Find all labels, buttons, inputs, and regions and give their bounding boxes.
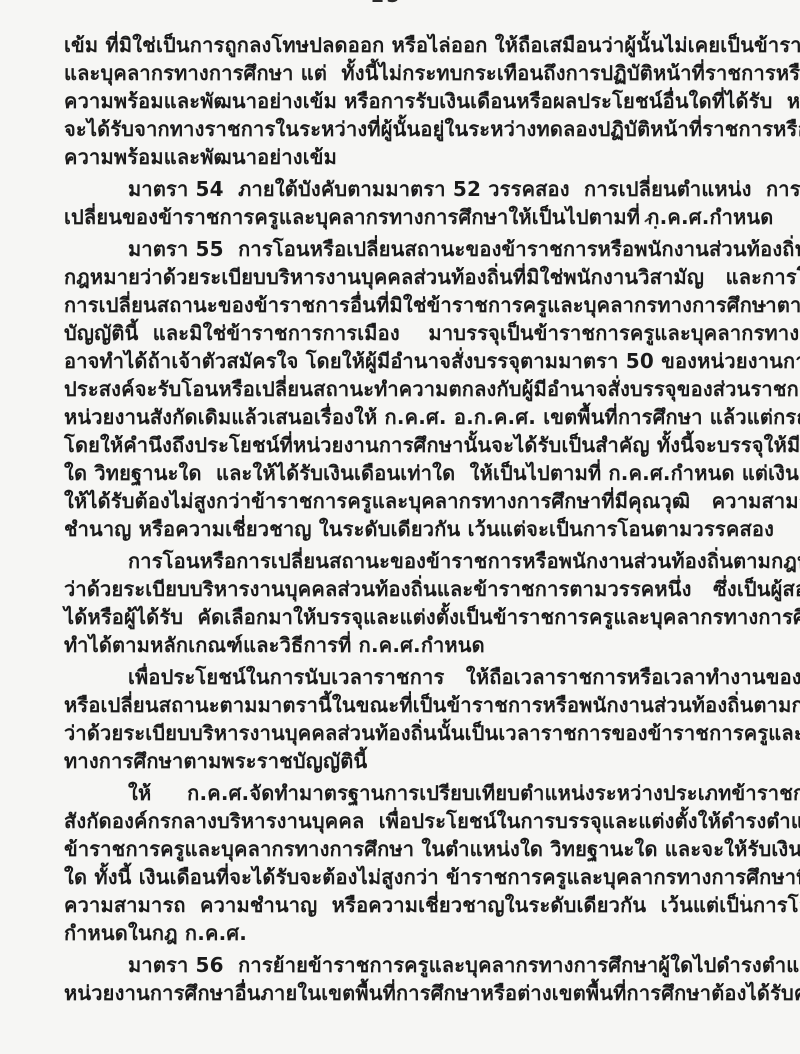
text-line: ความพร้อมและพัฒนาอย่างเข้ม: [64, 143, 764, 171]
text-line: การโอนหรือการเปลี่ยนสถานะของข้าราชการหรื…: [64, 547, 764, 575]
text-line: การเปลี่ยนสถานะของข้าราชการอื่นที่มิใช่ข…: [64, 291, 764, 319]
text-line: ให้ได้รับต้องไม่สูงกว่าข้าราชการครูและบุ…: [64, 487, 764, 515]
text-line: ให้ ก.ค.ศ.จัดทำมาตรฐานการเปรียบเทียบตำแห…: [64, 779, 764, 807]
text-line: หน่วยงานสังกัดเดิมแล้วเสนอเรื่องให้ ก.ค.…: [64, 403, 764, 431]
text-line: ทำได้ตามหลักเกณฑ์และวิธีการที่ ก.ค.ศ.กำห…: [64, 631, 764, 659]
scan-speck: [654, 226, 657, 229]
text-line: สังกัดองค์กรกลางบริหารงานบุคคล เพื่อประโ…: [64, 807, 764, 835]
text-line: กำหนดในกฎ ก.ค.ศ.: [64, 919, 764, 947]
text-line: และบุคลากรทางการศึกษา แต่ ทั้งนี้ไม่กระท…: [64, 59, 764, 87]
text-line: มาตรา 55 การโอนหรือเปลี่ยนสถานะของข้าราช…: [64, 235, 764, 263]
text-line: ใด ทั้งนี้ เงินเดือนที่จะได้รับจะต้องไม่…: [64, 863, 764, 891]
text-line: ว่าด้วยระเบียบบริหารงานบุคคลส่วนท้องถิ่น…: [64, 575, 764, 603]
scan-speck: [743, 894, 745, 897]
text-line: ความพร้อมและพัฒนาอย่างเข้ม หรือการรับเงิ…: [64, 87, 764, 115]
text-line: ชำนาญ หรือความเชี่ยวชาญ ในระดับเดียวกัน …: [64, 515, 764, 543]
scanned-document-page: 25 เข้ม ที่มิใช่เป็นการถูกลงโทษปลดออก หร…: [0, 0, 800, 1054]
text-line: ความสามารถ ความชำนาญ หรือความเชี่ยวชาญใน…: [64, 891, 764, 919]
text-line: กฎหมายว่าด้วยระเบียบบริหารงานบุคคลส่วนท้…: [64, 263, 764, 291]
body-text: เข้ม ที่มิใช่เป็นการถูกลงโทษปลดออก หรือไ…: [64, 31, 764, 1007]
text-line: ข้าราชการครูและบุคลากรทางการศึกษา ในตำแห…: [64, 835, 764, 863]
text-line: ใด วิทยฐานะใด และให้ได้รับเงินเดือนเท่าใ…: [64, 459, 764, 487]
text-line: เข้ม ที่มิใช่เป็นการถูกลงโทษปลดออก หรือไ…: [64, 31, 764, 59]
text-line: ได้หรือผู้ได้รับ คัดเลือกมาให้บรรจุและแต…: [64, 603, 764, 631]
text-line: หน่วยงานการศึกษาอื่นภายในเขตพื้นที่การศึ…: [64, 979, 764, 1007]
text-line: บัญญัตินี้ และมิใช่ข้าราชการการเมือง มาบ…: [64, 319, 764, 347]
page-number-cropped: 25: [366, 0, 414, 5]
text-line: ประสงค์จะรับโอนหรือเปลี่ยนสถานะทำความตกล…: [64, 375, 764, 403]
text-line: มาตรา 54 ภายใต้บังคับตามมาตรา 52 วรรคสอง…: [64, 175, 764, 203]
text-line: เพื่อประโยชน์ในการนับเวลาราชการ ให้ถือเว…: [64, 663, 764, 691]
text-line: อาจทำได้ถ้าเจ้าตัวสมัครใจ โดยให้ผู้มีอำน…: [64, 347, 764, 375]
text-line: หรือเปลี่ยนสถานะตามมาตรานี้ในขณะที่เป็นข…: [64, 691, 764, 719]
text-line: โดยให้คำนึงถึงประโยชน์ที่หน่วยงานการศึกษ…: [64, 431, 764, 459]
text-line: ว่าด้วยระเบียบบริหารงานบุคคลส่วนท้องถิ่น…: [64, 719, 764, 747]
page-number-text: 25: [371, 0, 401, 5]
text-line: เปลี่ยนของข้าราชการครูและบุคลากรทางการศึ…: [64, 203, 764, 231]
scan-speck: [763, 304, 766, 307]
text-line: มาตรา 56 การย้ายข้าราชการครูและบุคลากรทา…: [64, 951, 764, 979]
text-line: จะได้รับจากทางราชการในระหว่างที่ผู้นั้นอ…: [64, 115, 764, 143]
text-line: ทางการศึกษาตามพระราชบัญญัตินี้: [64, 747, 764, 775]
